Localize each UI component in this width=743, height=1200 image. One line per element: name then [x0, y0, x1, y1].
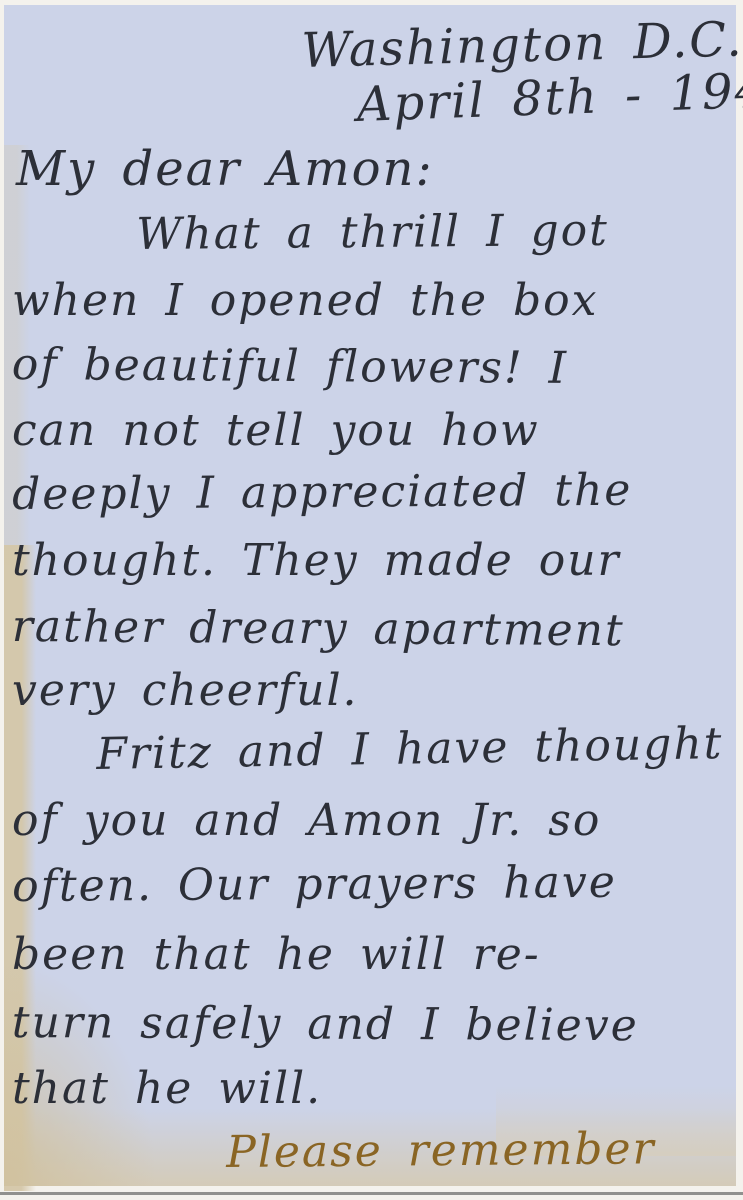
date-line: April 8th - 1943 [356, 66, 743, 129]
handwritten-line: often. Our prayers have [12, 861, 617, 909]
handwritten-line: What a thrill I got [136, 209, 609, 257]
handwritten-line: of you and Amon Jr. so [12, 799, 601, 843]
scan-bottom-edge-line [0, 1192, 743, 1195]
handwritten-line: turn safely and I believe [12, 1001, 639, 1048]
salutation-line: My dear Amon: [16, 145, 434, 193]
handwritten-line: very cheerful. [12, 669, 359, 713]
closing-line: Please remember [226, 1127, 656, 1175]
handwritten-line: been that he will re- [12, 933, 541, 977]
handwritten-line: thought. They made our [12, 539, 621, 583]
handwritten-line: that he will. [12, 1067, 322, 1111]
handwritten-line: of beautiful flowers! I [12, 343, 568, 391]
handwritten-line: when I opened the box [12, 279, 598, 323]
handwritten-line: Fritz and I have thought [96, 722, 724, 777]
handwritten-line: rather dreary apartment [12, 605, 625, 653]
handwritten-line: can not tell you how [12, 409, 540, 453]
letter-scan: Washington D.C. April 8th - 1943 My dear… [0, 0, 743, 1200]
handwritten-line: deeply I appreciated the [12, 469, 633, 517]
letter-paper: Washington D.C. April 8th - 1943 My dear… [4, 5, 736, 1186]
